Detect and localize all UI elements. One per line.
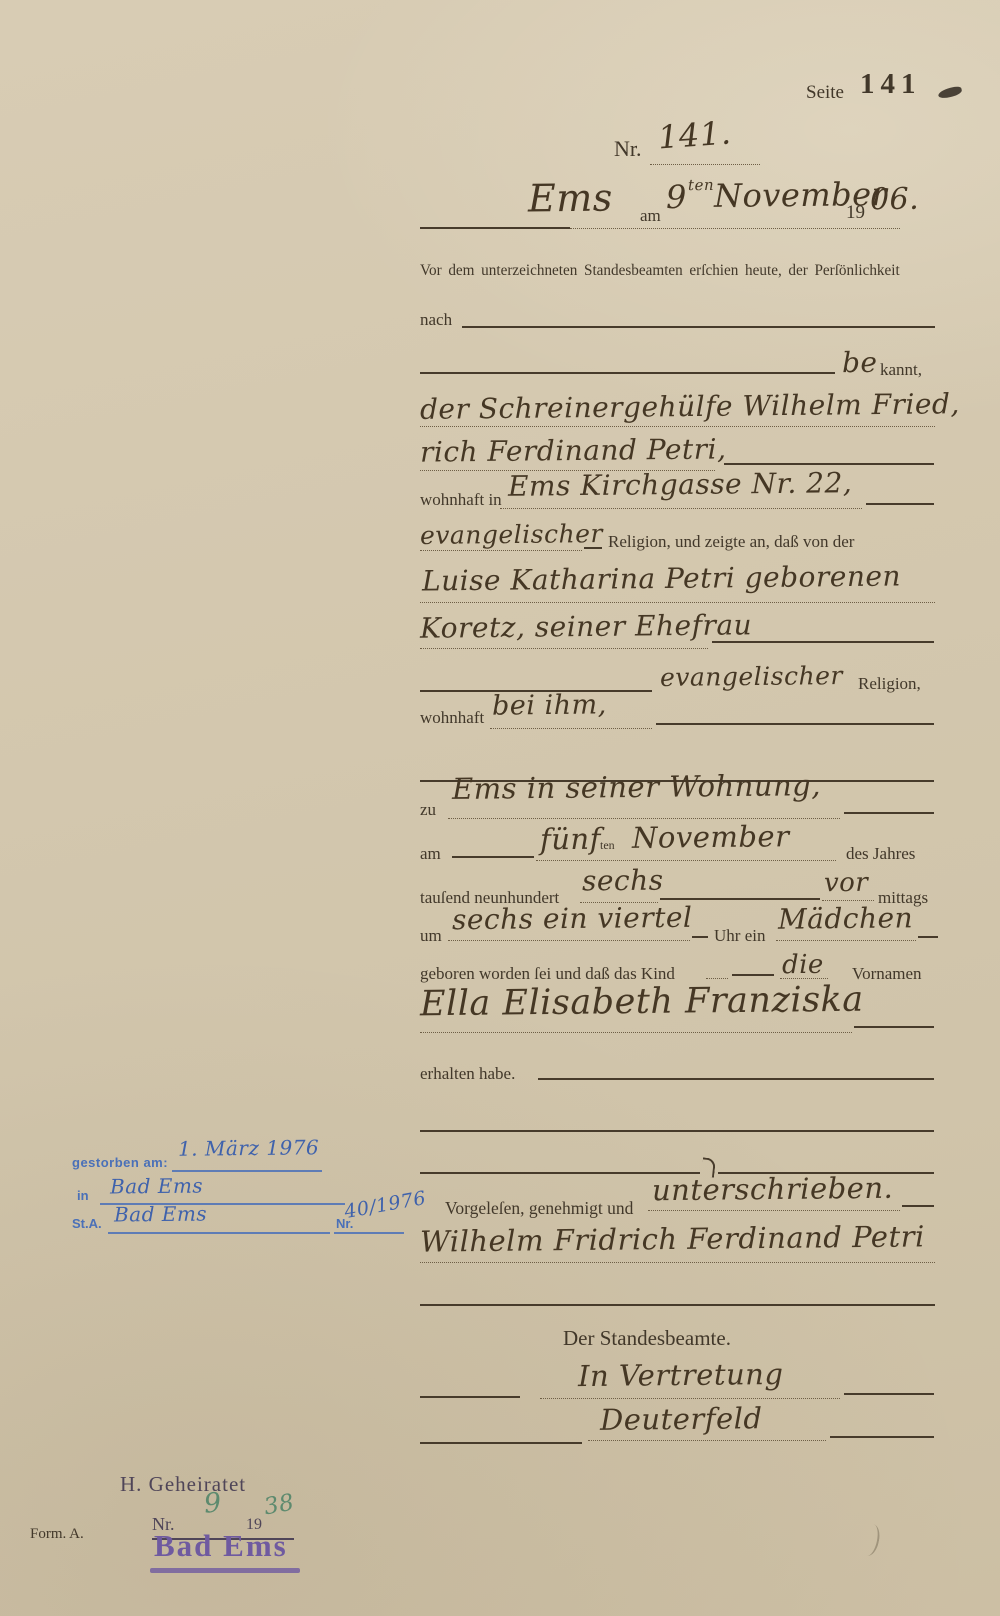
vorgelesen-label: Vorgeleſen, genehmigt und xyxy=(445,1198,633,1219)
blank-line xyxy=(420,1304,935,1306)
standesamt-place: Bad Ems xyxy=(114,1202,207,1227)
ink-smudge xyxy=(937,85,962,100)
blank-line xyxy=(462,326,935,328)
die-handwritten: die xyxy=(782,950,824,980)
um-label: um xyxy=(420,926,442,946)
birth-place: Ems in seiner Wohnung, xyxy=(452,768,821,806)
nach-label: nach xyxy=(420,310,452,330)
birth-month: November xyxy=(632,819,790,855)
blank-line xyxy=(866,503,934,505)
mother-residence: bei ihm, xyxy=(492,689,607,721)
blank-line xyxy=(584,547,602,549)
stamp-underline xyxy=(150,1568,300,1573)
geboren-label: geboren worden ſei und daß das Kind xyxy=(420,964,675,984)
dateline-day-suffix: ten xyxy=(688,176,714,194)
blank-line xyxy=(902,1205,934,1207)
blank-line xyxy=(540,1398,840,1399)
in-label: in xyxy=(77,1188,89,1203)
geheiratet-stamp: H. Geheiratet xyxy=(120,1472,246,1497)
blank-line xyxy=(420,372,835,374)
mother-religion-printed: Religion, xyxy=(858,674,921,694)
bekannt-handwritten: be xyxy=(842,346,878,379)
religion-printed: Religion, und zeigte an, daß von der xyxy=(608,532,854,552)
blank-line xyxy=(570,228,900,229)
blank-line xyxy=(776,940,916,941)
blank-line xyxy=(660,898,820,900)
blank-line xyxy=(490,728,652,729)
blank-line xyxy=(448,940,690,941)
blank-line xyxy=(420,1396,520,1398)
blank-line xyxy=(420,426,935,427)
dateline-day: 9 xyxy=(666,178,687,216)
child-sex: Mädchen xyxy=(778,901,913,935)
gestorben-am-label: gestorben am: xyxy=(72,1155,168,1170)
mother-line1: Luise Katharina Petri geborenen xyxy=(422,559,901,597)
vor-handwritten: vor xyxy=(824,868,869,898)
blank-line xyxy=(420,227,570,229)
blank-line xyxy=(420,1442,582,1444)
bad-ems-stamp: Bad Ems xyxy=(154,1528,288,1564)
am-label: am xyxy=(640,206,661,226)
erhalten-label: erhalten habe. xyxy=(420,1064,515,1084)
blank-line xyxy=(844,1393,934,1395)
des-jahres-label: des Jahres xyxy=(846,844,915,864)
blank-line xyxy=(650,164,760,165)
death-place: Bad Ems xyxy=(110,1174,203,1199)
blank-line xyxy=(844,812,934,814)
wohnhaft-in-label: wohnhaft in xyxy=(420,490,502,510)
wohnhaft-label: wohnhaft xyxy=(420,708,484,728)
mother-line2: Koretz, seiner Ehefrau xyxy=(420,608,752,644)
death-date: 1. März 1976 xyxy=(178,1135,319,1160)
declarant-signature: Wilhelm Fridrich Ferdinand Petri xyxy=(420,1219,925,1258)
unterschrieben-handwritten: unterschrieben. xyxy=(652,1171,894,1208)
declarant-address: Ems Kirchgasse Nr. 22, xyxy=(508,466,853,503)
page-number: 141 xyxy=(860,68,922,101)
blank-line xyxy=(538,1078,934,1080)
birth-time: sechs ein viertel xyxy=(452,901,693,937)
seite-label: Seite xyxy=(806,82,844,104)
record-number-label: Nr. xyxy=(614,136,642,162)
blank-line xyxy=(420,1130,934,1132)
pencil-mark xyxy=(859,1523,882,1558)
blank-line xyxy=(452,856,534,858)
blank-line xyxy=(692,936,708,938)
blank-line xyxy=(108,1232,330,1234)
zu-label: zu xyxy=(420,800,436,820)
standesbeamte-label: Der Standesbeamte. xyxy=(563,1326,731,1351)
dateline-place: Ems xyxy=(528,176,613,221)
blank-line xyxy=(656,723,934,725)
declarant-line1: der Schreinergehülfe Wilhelm Fried, xyxy=(420,387,960,426)
declarant-religion: evangelischer xyxy=(420,519,603,550)
blank-line xyxy=(854,1026,934,1028)
blank-line xyxy=(420,1032,852,1033)
blank-line xyxy=(420,648,708,649)
official-signature: Deuterfeld xyxy=(600,1401,763,1437)
blank-line xyxy=(648,1210,900,1211)
marriage-year-value: 38 xyxy=(262,1490,296,1521)
blank-line xyxy=(712,641,934,643)
birth-am-label: am xyxy=(420,844,441,864)
birth-register-page: Seite 141 Nr. 141. Ems am 9 ten November… xyxy=(0,0,1000,1616)
record-number-value: 141. xyxy=(657,113,733,156)
blank-line xyxy=(420,602,935,603)
blank-line xyxy=(420,1262,935,1263)
blank-line xyxy=(724,463,934,465)
death-nr-value: 40/1976 xyxy=(343,1187,428,1223)
ten-label: ten xyxy=(600,838,615,853)
blank-line xyxy=(830,1436,934,1438)
child-name: Ella Elisabeth Franziska xyxy=(420,980,864,1025)
blank-line xyxy=(536,860,836,861)
mother-religion: evangelischer xyxy=(660,661,843,692)
dateline-year-printed: 19 xyxy=(846,202,865,224)
bekannt-printed: kannt, xyxy=(880,360,922,380)
birth-day: fünf xyxy=(540,822,601,857)
standesamt-label: St.A. xyxy=(72,1216,102,1231)
blank-line xyxy=(588,1440,826,1441)
declarant-line2: rich Ferdinand Petri, xyxy=(420,432,727,468)
blank-line xyxy=(780,978,828,979)
marriage-nr-value: 9 xyxy=(203,1487,223,1519)
blank-line xyxy=(706,978,728,979)
birth-year: sechs xyxy=(582,864,664,898)
blank-line xyxy=(334,1232,404,1234)
blank-line xyxy=(420,550,582,551)
uhr-ein-label: Uhr ein xyxy=(714,926,765,946)
dateline-year-written: 06. xyxy=(870,182,920,218)
vertretung-handwritten: In Vertretung xyxy=(578,1357,784,1393)
blank-line xyxy=(500,508,862,509)
form-label: Form. A. xyxy=(30,1526,84,1543)
intro-text: Vor dem unterzeichneten Standesbeamten e… xyxy=(420,262,900,280)
blank-line xyxy=(172,1170,322,1172)
blank-line xyxy=(918,936,938,938)
blank-line xyxy=(732,974,774,976)
